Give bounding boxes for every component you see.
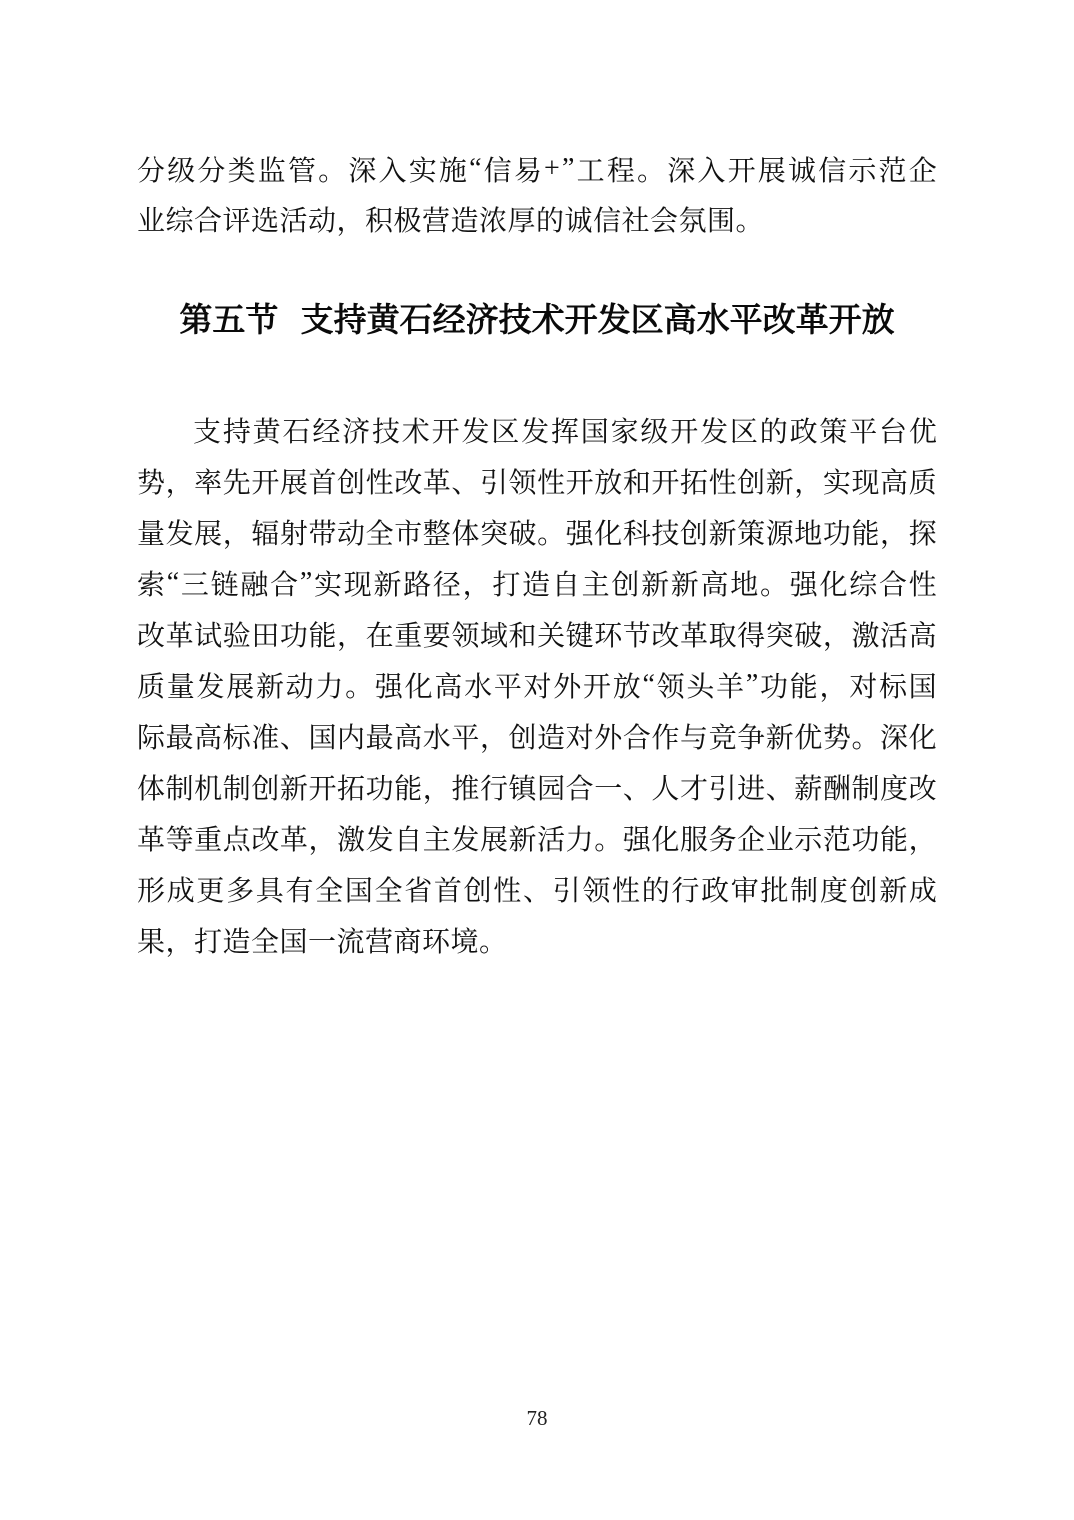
- text-line: 业综合评选活动，积极营造浓厚的诚信社会氛围。: [137, 194, 937, 244]
- paragraph-main: 支持黄石经济技术开发区发挥国家级开发区的政策平台优 势，率先开展首创性改革、引领…: [137, 404, 937, 965]
- document-page: 分级分类监管。深入实施“信易+”工程。深入开展诚信示范企 业综合评选活动，积极营…: [0, 0, 1074, 1520]
- text-line: 分级分类监管。深入实施“信易+”工程。深入开展诚信示范企: [137, 144, 937, 194]
- text-line: 支持黄石经济技术开发区发挥国家级开发区的政策平台优: [137, 404, 937, 455]
- text-line: 量发展，辐射带动全市整体突破。强化科技创新策源地功能，探: [137, 506, 937, 557]
- text-line: 势，率先开展首创性改革、引领性开放和开拓性创新，实现高质: [137, 455, 937, 506]
- text-line: 革等重点改革，激发自主发展新活力。强化服务企业示范功能，: [137, 812, 937, 863]
- text-line: 际最高标准、国内最高水平，创造对外合作与竞争新优势。深化: [137, 710, 937, 761]
- text-line: 索“三链融合”实现新路径，打造自主创新新高地。强化综合性: [137, 557, 937, 608]
- text-line: 质量发展新动力。强化高水平对外开放“领头羊”功能，对标国: [137, 659, 937, 710]
- text-line: 果，打造全国一流营商环境。: [137, 914, 937, 965]
- text-line: 体制机制创新开拓功能，推行镇园合一、人才引进、薪酬制度改: [137, 761, 937, 812]
- text-line: 改革试验田功能，在重要领域和关键环节改革取得突破，激活高: [137, 608, 937, 659]
- section-heading: 第五节 支持黄石经济技术开发区高水平改革开放: [0, 299, 1074, 343]
- paragraph-intro: 分级分类监管。深入实施“信易+”工程。深入开展诚信示范企 业综合评选活动，积极营…: [137, 144, 937, 244]
- page-number: 78: [0, 1404, 1074, 1432]
- text-line: 形成更多具有全国全省首创性、引领性的行政审批制度创新成: [137, 863, 937, 914]
